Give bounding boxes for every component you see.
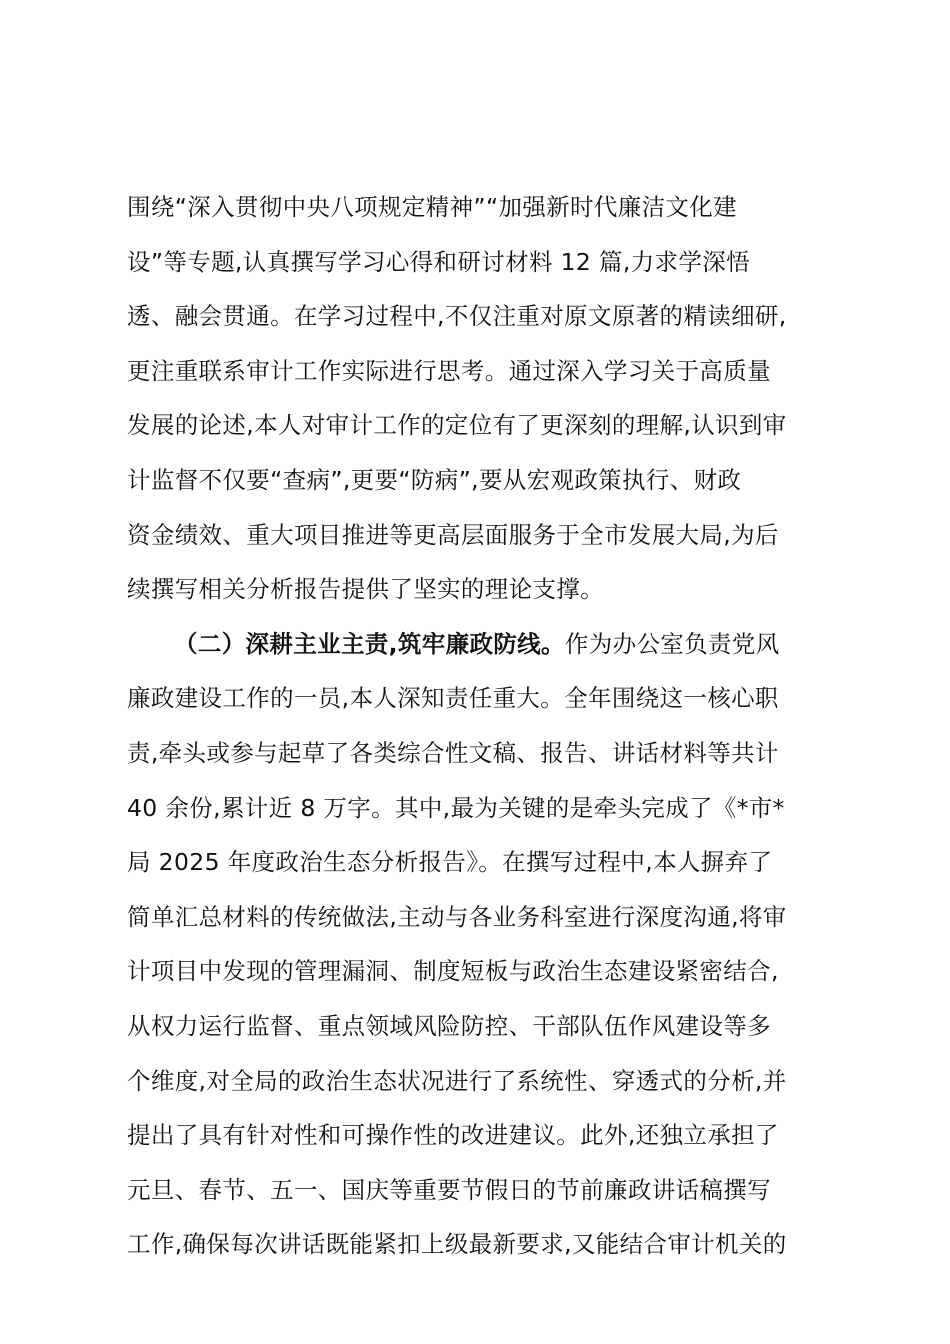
paragraph-line: 责,牵头或参与起草了各类综合性文稿、报告、讲话材料等共计 [127, 729, 833, 784]
paragraph-line: 廉政建设工作的一员,本人深知责任重大。全年围绕这一核心职 [127, 674, 833, 729]
paragraph-line: 计项目中发现的管理漏洞、制度短板与政治生态建设紧密结合, [127, 947, 833, 1002]
paragraph-line: 元旦、春节、五一、国庆等重要节假日的节前廉政讲话稿撰写 [127, 1166, 833, 1221]
paragraph-line: 局 2025 年度政治生态分析报告》。在撰写过程中,本人摒弃了 [127, 838, 833, 893]
document-page: 围绕“深入贯彻中央八项规定精神”“加强新时代廉洁文化建 设”等专题,认真撰写学习… [0, 0, 950, 1344]
section-heading: （二）深耕主业主责,筑牢廉政防线。 [174, 630, 565, 658]
paragraph-line: 提出了具有针对性和可操作性的改进建议。此外,还独立承担了 [127, 1111, 833, 1166]
paragraph-line: 围绕“深入贯彻中央八项规定精神”“加强新时代廉洁文化建 [127, 183, 833, 238]
paragraph-line: 40 余份,累计近 8 万字。其中,最为关键的是牵头完成了《*市* [127, 784, 833, 839]
paragraph-2: （二）深耕主业主责,筑牢廉政防线。作为办公室负责党风 廉政建设工作的一员,本人深… [127, 620, 833, 1275]
paragraph-line: 简单汇总材料的传统做法,主动与各业务科室进行深度沟通,将审 [127, 893, 833, 948]
paragraph-line-rest: 作为办公室负责党风 [565, 630, 780, 658]
paragraph-line: 计监督不仅要“查病”,更要“防病”,要从宏观政策执行、财政 [127, 456, 833, 511]
document-body: 围绕“深入贯彻中央八项规定精神”“加强新时代廉洁文化建 设”等专题,认真撰写学习… [127, 183, 833, 1275]
paragraph-1: 围绕“深入贯彻中央八项规定精神”“加强新时代廉洁文化建 设”等专题,认真撰写学习… [127, 183, 833, 620]
paragraph-line: 透、融会贯通。在学习过程中,不仅注重对原文原著的精读细研, [127, 292, 833, 347]
paragraph-line: 工作,确保每次讲话既能紧扣上级最新要求,又能结合审计机关的 [127, 1220, 833, 1275]
paragraph-first-line: （二）深耕主业主责,筑牢廉政防线。作为办公室负责党风 [127, 620, 833, 675]
paragraph-line: 更注重联系审计工作实际进行思考。通过深入学习关于高质量 [127, 347, 833, 402]
paragraph-line: 设”等专题,认真撰写学习心得和研讨材料 12 篇,力求学深悟 [127, 238, 833, 293]
paragraph-line: 从权力运行监督、重点领域风险防控、干部队伍作风建设等多 [127, 1002, 833, 1057]
paragraph-line: 续撰写相关分析报告提供了坚实的理论支撑。 [127, 565, 833, 620]
paragraph-line: 个维度,对全局的政治生态状况进行了系统性、穿透式的分析,并 [127, 1057, 833, 1112]
paragraph-line: 发展的论述,本人对审计工作的定位有了更深刻的理解,认识到审 [127, 401, 833, 456]
paragraph-line: 资金绩效、重大项目推进等更高层面服务于全市发展大局,为后 [127, 511, 833, 566]
